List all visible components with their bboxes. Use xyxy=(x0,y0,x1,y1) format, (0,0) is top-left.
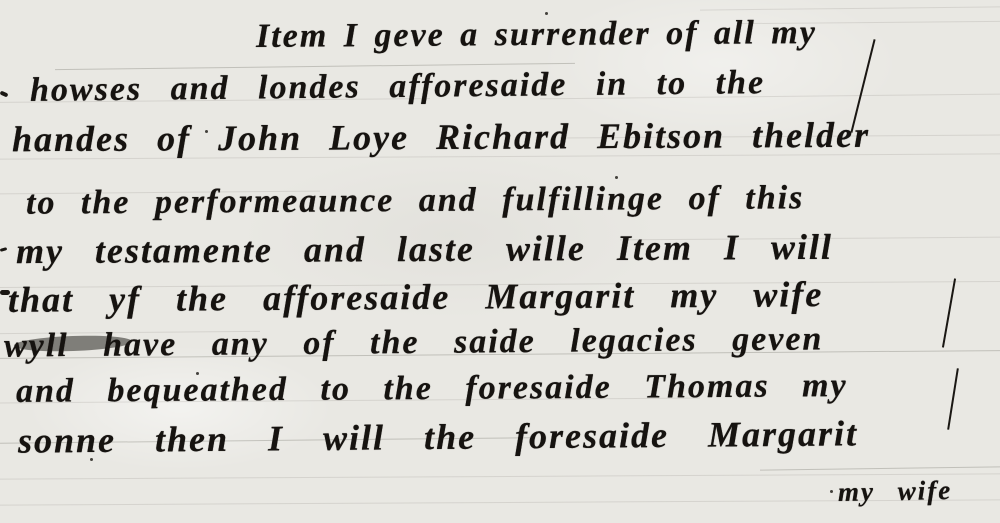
manuscript-line-5: my testamente and laste wille Item I wil… xyxy=(16,226,833,272)
manuscript-line-2: howses and londes afforesaide in to the xyxy=(30,64,765,110)
manuscript-line-7: wyll have any of the saide legacies geve… xyxy=(4,320,824,365)
pen-flourish xyxy=(947,368,959,430)
ink-speck xyxy=(615,176,618,179)
manuscript-scan: Item I geve a surrender of all my howses… xyxy=(0,0,1000,523)
scan-artifact-line xyxy=(700,6,1000,10)
manuscript-line-9: sonne then I will the foresaide Margarit xyxy=(18,412,858,461)
ink-speck xyxy=(545,12,548,15)
manuscript-line-1: Item I geve a surrender of all my xyxy=(256,14,817,56)
manuscript-line-4: to the performeaunce and fulfillinge of … xyxy=(26,179,805,222)
catchword: my wife xyxy=(838,475,953,508)
ink-speck xyxy=(830,490,833,493)
edge-mark xyxy=(0,247,7,252)
pen-flourish xyxy=(942,278,956,347)
edge-mark xyxy=(0,90,8,97)
manuscript-line-8: and bequeathed to the foresaide Thomas m… xyxy=(16,367,848,411)
scan-artifact-line xyxy=(760,466,1000,470)
manuscript-line-6: that yf the afforesaide Margarit my wife xyxy=(8,273,824,321)
manuscript-line-3: handes of John Loye Richard Ebitson thel… xyxy=(12,114,870,160)
